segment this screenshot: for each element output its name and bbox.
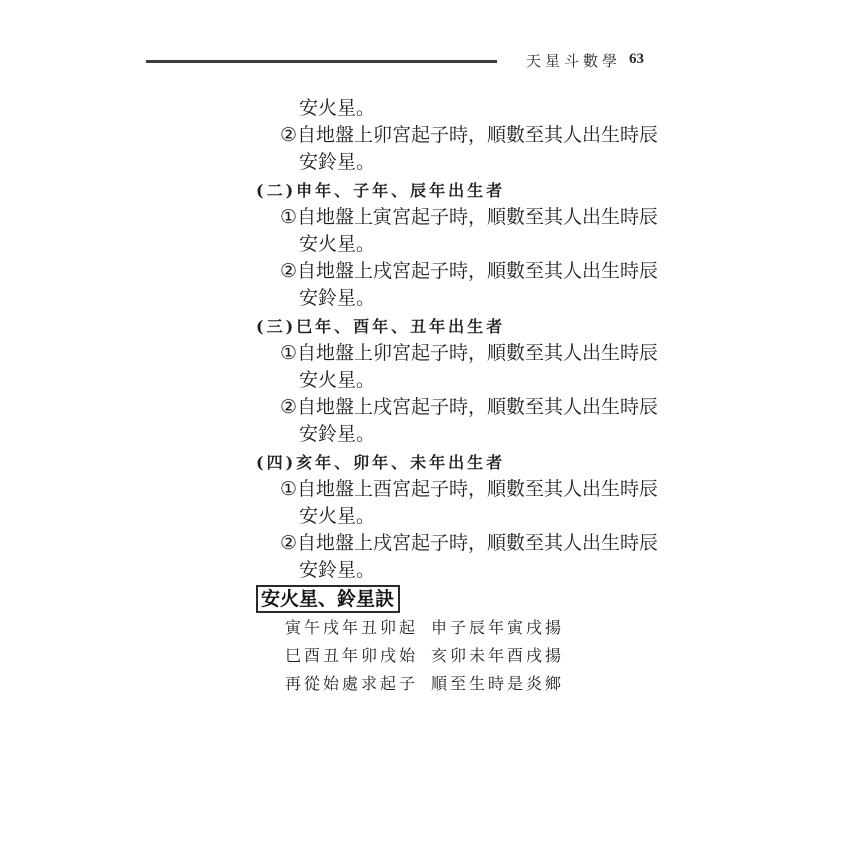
section-heading: (二)申年、子年、辰年出生者: [256, 180, 505, 202]
list-item: ①自地盤上酉宮起子時，順數至其人出生時辰: [280, 478, 658, 500]
list-item-continuation: 安鈴星。: [299, 559, 375, 581]
list-item: ②自地盤上卯宮起子時，順數至其人出生時辰: [280, 124, 658, 146]
header-rule: [146, 60, 497, 63]
list-item: ②自地盤上戌宮起子時，順數至其人出生時辰: [280, 396, 658, 418]
list-item: ②自地盤上戌宮起子時，順數至其人出生時辰: [280, 532, 658, 554]
verse-left: 寅午戌年丑卯起: [285, 615, 431, 638]
verse-left: 再從始處求起子: [285, 671, 431, 694]
list-item: ①自地盤上卯宮起子時，順數至其人出生時辰: [280, 342, 658, 364]
running-title: 天星斗數學: [526, 50, 621, 71]
list-item: ①自地盤上寅宮起子時，順數至其人出生時辰: [280, 206, 658, 228]
verse-right: 亥卯未年酉戌揚: [431, 643, 564, 666]
verse-left: 巳酉丑年卯戌始: [285, 643, 431, 666]
list-item-continuation: 安鈴星。: [299, 287, 375, 309]
verse-line: 再從始處求起子順至生時是炎鄉: [285, 671, 564, 694]
list-item-continuation: 安火星。: [299, 97, 375, 119]
verse-line: 寅午戌年丑卯起申子辰年寅戌揚: [285, 615, 564, 638]
section-heading: (四)亥年、卯年、未年出生者: [256, 452, 505, 474]
list-item-continuation: 安火星。: [299, 505, 375, 527]
list-item: ②自地盤上戌宮起子時，順數至其人出生時辰: [280, 260, 658, 282]
page-number: 63: [629, 51, 644, 68]
list-item-continuation: 安鈴星。: [299, 423, 375, 445]
list-item-continuation: 安火星。: [299, 233, 375, 255]
page-header: 天星斗數學 63: [0, 0, 850, 80]
list-item-continuation: 安火星。: [299, 369, 375, 391]
verse-right: 申子辰年寅戌揚: [431, 615, 564, 638]
verse-line: 巳酉丑年卯戌始亥卯未年酉戌揚: [285, 643, 564, 666]
list-item-continuation: 安鈴星。: [299, 151, 375, 173]
section-heading: (三)巳年、酉年、丑年出生者: [256, 316, 505, 338]
boxed-heading: 安火星、鈴星訣: [256, 585, 400, 613]
verse-right: 順至生時是炎鄉: [431, 671, 564, 694]
